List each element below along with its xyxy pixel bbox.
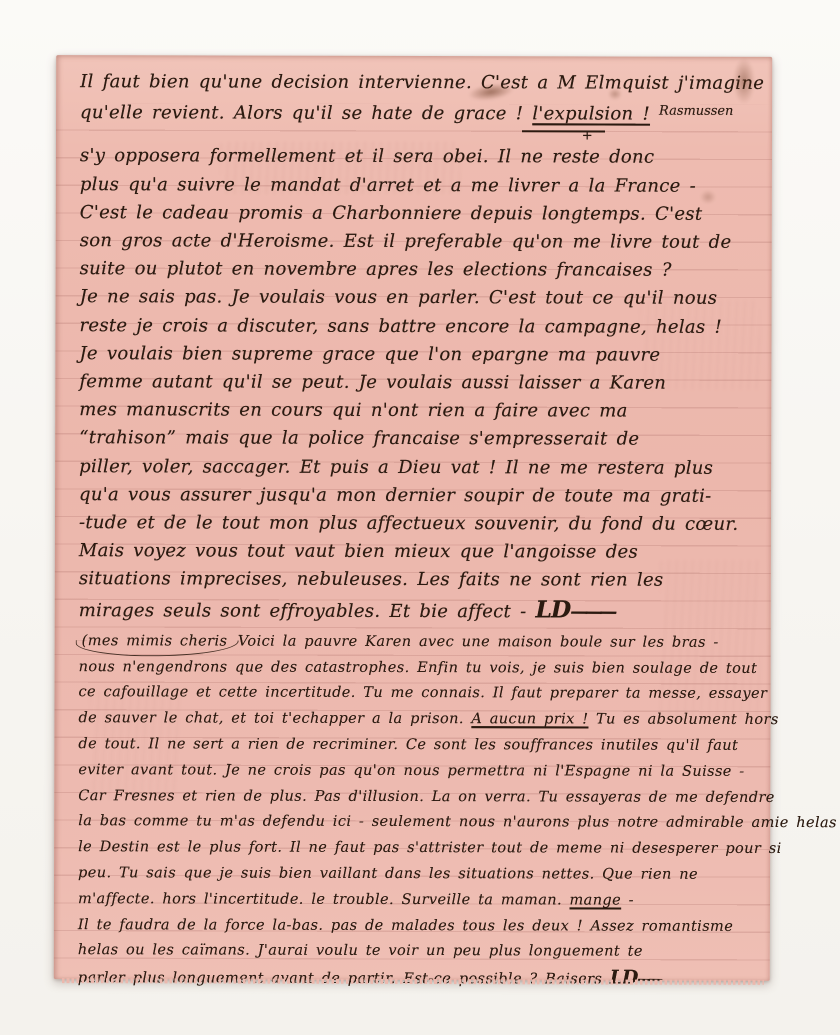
handwriting-line: -tude et de le tout mon plus affectueux …	[79, 509, 763, 539]
handwriting-line: helas ou les caïmans. J'aurai voulu te v…	[78, 939, 762, 967]
handwriting-line: qu'a vous assurer jusqu'a mon dernier so…	[79, 481, 763, 511]
handwriting-text: Je ne sais pas. Je voulais vous en parle…	[80, 287, 718, 310]
bleed-through-mark	[640, 300, 760, 390]
handwriting-text: mes manuscrits en cours qui n'ont rien a…	[79, 399, 627, 421]
signature-text: LD	[610, 967, 638, 989]
handwriting-text: Car Fresnes et rien de plus. Pas d'illus…	[78, 788, 775, 806]
handwriting-text: situations imprecises, nebuleuses. Les f…	[79, 569, 664, 592]
handwriting-text: reste je crois a discuter, sans battre e…	[79, 315, 722, 338]
handwriting-text	[650, 104, 659, 125]
handwriting-text: Voici la pauvre Karen avec une maison bo…	[230, 633, 718, 650]
handwriting-text: Je voulais bien supreme grace que l'on e…	[79, 343, 660, 366]
handwriting-line: eviter avant tout. Je ne crois pas qu'on…	[78, 758, 762, 786]
handwriting-text: qu'elle revient. Alors qu'il se hate de …	[80, 102, 532, 124]
handwriting-text: femme autant qu'il se peut. Je voulais a…	[79, 371, 666, 394]
handwriting-line: piller, voler, saccager. Et puis a Dieu …	[79, 453, 763, 483]
handwriting-text: piller, voler, saccager. Et puis a Dieu …	[79, 456, 713, 479]
handwriting-line: son gros acte d'Heroisme. Est il prefera…	[80, 227, 764, 257]
flourish-text: ———	[570, 601, 614, 622]
handwriting-text: suite ou plutot en novembre apres les el…	[80, 258, 672, 281]
ink-blot	[733, 58, 755, 104]
handwriting-line: C'est le cadeau promis a Charbonniere de…	[80, 199, 764, 229]
handwriting-line: la bas comme tu m'as defendu ici - seule…	[78, 810, 762, 838]
handwriting-text: C'est le cadeau promis a Charbonniere de…	[80, 202, 703, 225]
handwriting-text: qu'a vous assurer jusqu'a mon dernier so…	[79, 484, 712, 507]
handwriting-line: Il te faudra de la force la-bas. pas de …	[78, 913, 762, 941]
bleed-through-mark	[660, 560, 760, 720]
handwriting-text: m'affecte. hors l'incertitude. le troubl…	[78, 891, 570, 908]
signature-text: LD	[535, 595, 570, 623]
handwriting-line: m'affecte. hors l'incertitude. le troubl…	[78, 887, 762, 915]
handwriting-text: helas ou les caïmans. J'aurai voulu te v…	[78, 943, 643, 960]
underline-text: mange	[569, 892, 621, 908]
handwriting-text: mirages seuls sont effroyables. Et bie a…	[79, 600, 536, 622]
handwriting-text: le Destin est le plus fort. Il ne faut p…	[78, 839, 782, 857]
handwriting-text: peu. Tu sais que je suis bien vaillant d…	[78, 865, 698, 883]
circled-text: (mes mimis cheris	[79, 633, 231, 649]
letter-text: Il faut bien qu'une decision intervienne…	[78, 68, 764, 994]
handwriting-text: Mais voyez vous tout vaut bien mieux que…	[79, 540, 638, 562]
handwriting-text: la bas comme tu m'as defendu ici - seule…	[78, 814, 840, 832]
handwriting-line: Il faut bien qu'une decision intervienne…	[80, 68, 764, 98]
handwriting-text: Il te faudra de la force la-bas. pas de …	[78, 917, 733, 935]
bleed-through-mark	[220, 142, 460, 194]
handwriting-line: peu. Tu sais que je suis bien vaillant d…	[78, 861, 762, 889]
bleed-through-mark	[90, 690, 180, 800]
handwriting-line: qu'elle revient. Alors qu'il se hate de …	[80, 96, 764, 129]
handwriting-text: nous n'engendrons que des catastrophes. …	[79, 659, 758, 677]
handwriting-line: mes manuscrits en cours qui n'ont rien a…	[79, 396, 763, 426]
handwriting-line: le Destin est le plus fort. Il ne faut p…	[78, 835, 762, 863]
handwriting-line: suite ou plutot en novembre apres les el…	[80, 255, 764, 285]
handwriting-text: -	[621, 892, 634, 908]
small-text: Rasmussen	[659, 104, 733, 119]
handwriting-text: “trahison” mais que la police francaise …	[79, 428, 639, 450]
handwriting-line: “trahison” mais que la police francaise …	[79, 425, 763, 455]
ink-blot	[700, 190, 716, 204]
ink-blot	[608, 88, 622, 100]
handwriting-text: -tude et de le tout mon plus affectueux …	[79, 512, 738, 535]
underline-text: A aucun prix !	[471, 711, 588, 727]
handwriting-line: Car Fresnes et rien de plus. Pas d'illus…	[78, 784, 762, 812]
handwriting-line: de tout. Il ne sert a rien de recriminer…	[78, 732, 762, 760]
handwriting-text: son gros acte d'Heroisme. Est il prefera…	[80, 230, 732, 253]
handwriting-text: Il faut bien qu'une decision intervienne…	[80, 71, 764, 94]
double-underline-text: l'expulsion !	[532, 104, 650, 125]
